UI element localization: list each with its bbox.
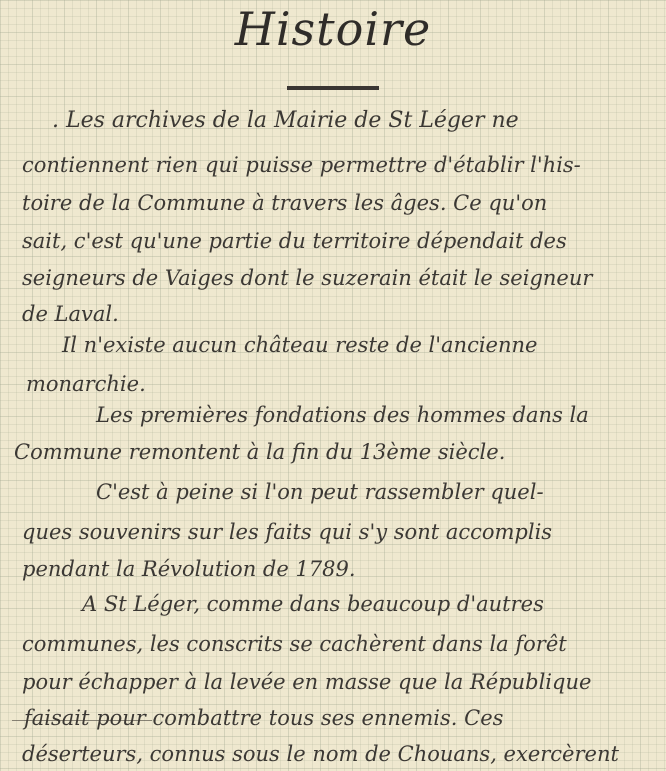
title-underline (287, 86, 379, 90)
text-line: communes, les conscrits se cachèrent dan… (22, 632, 567, 656)
handwritten-page: Histoire . Les archives de la Mairie de … (0, 0, 666, 771)
text-line: contiennent rien qui puisse permettre d'… (22, 153, 581, 177)
text-line: A St Léger, comme dans beaucoup d'autres (82, 592, 544, 616)
text-line: Les premières fondations des hommes dans… (96, 403, 589, 427)
text-line: toire de la Commune à travers les âges. … (22, 191, 547, 215)
text-line: monarchie. (26, 372, 146, 396)
page-title: Histoire (0, 2, 666, 56)
text-line: C'est à peine si l'on peut rassembler qu… (96, 480, 544, 504)
text-line: sait, c'est qu'une partie du territoire … (22, 229, 567, 253)
text-line: pour échapper à la levée en masse que la… (22, 670, 591, 694)
text-line: pendant la Révolution de 1789. (22, 557, 356, 581)
text-line: . Les archives de la Mairie de St Léger … (52, 108, 519, 133)
text-line: seigneurs de Vaiges dont le suzerain éta… (22, 266, 592, 290)
text-line: ques souvenirs sur les faits qui s'y son… (22, 520, 552, 544)
text-line: faisait pour combattre tous ses ennemis.… (24, 706, 503, 730)
text-line: Il n'existe aucun château reste de l'anc… (62, 333, 537, 357)
text-line: Commune remontent à la fin du 13ème sièc… (14, 440, 505, 464)
text-line: déserteurs, connus sous le nom de Chouan… (22, 742, 619, 766)
text-line: de Laval. (22, 302, 119, 326)
margin-stroke (12, 720, 152, 721)
